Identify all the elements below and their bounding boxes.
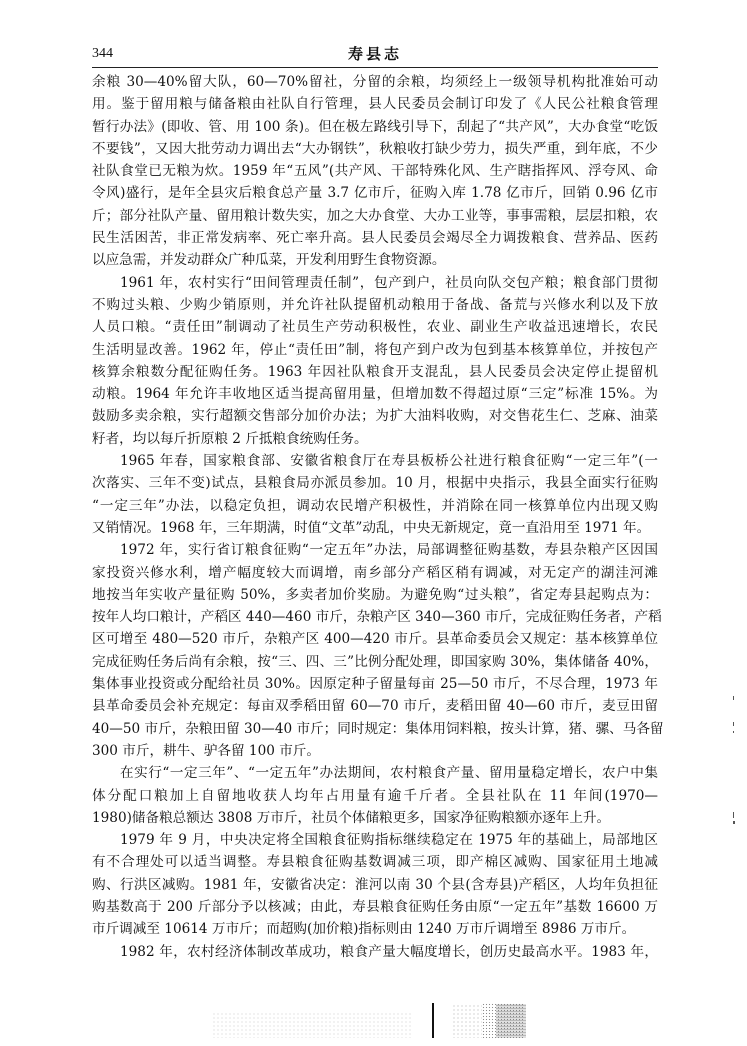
text-line: 完成征购任务后尚有余粮，按“三、四、三”比例分配处理，即国家购 30%，集体储备… (92, 651, 658, 673)
header-rule (92, 67, 658, 68)
text-line: 市斤调减至 10614 万市斤；而超购(加价粮)指标则由 1240 万市斤调增至… (92, 918, 658, 940)
text-line: 300 市斤，耕牛、驴各留 100 市斤。 (92, 740, 658, 762)
text-line: 又销情况。1968 年，三年期满，时值“文革”动乱，中央无新规定，竟一直沿用至 … (92, 517, 658, 539)
text-line: 生活明显改善。1962 年，停止“责任田”制，将包产到户改为包到基本核算单位，并… (92, 339, 658, 361)
text-line: 1980)储备粮总额达 3808 万市斤，社员个体储粮更多，国家净征购粮额亦逐年… (92, 807, 658, 829)
text-line: 地按当年实收产量征购 50%，多卖者加价奖励。为避免购“过头粮”，省定寿县起购点… (92, 584, 658, 606)
text-line: 以应急需，并发动群众广种瓜菜，开发利用野生食物资源。 (92, 249, 658, 271)
paragraph-start: 1961 年，农村实行“田间管理责任制”，包产到户，社员向队交包产粮；粮食部门贯… (92, 272, 658, 294)
edge-mark (733, 812, 734, 818)
text-line: 民生活困苦，非正常发病率、死亡率升高。县人民委员会竭尽全力调拨粮食、营养品、医药 (92, 227, 658, 249)
running-title: 寿县志 (92, 44, 658, 64)
text-line: 40—50 市斤，杂粮田留 30—40 市斤；同时规定：集体用饲料粮，按头计算，… (92, 718, 658, 740)
binding-mark (432, 1003, 434, 1038)
text-line: “一定三年”办法，以稳定负担，调动农民增产积极性，并消除在同一核算单位内出现又购 (92, 495, 658, 517)
text-line: 次落实、三年不变)试点，县粮食局亦派员参加。10 月，根据中央指示，我县全面实行… (92, 472, 658, 494)
paragraph-start: 1982 年，农村经济体制改革成功，粮食产量大幅度增长，创历史最高水平。1983… (92, 941, 658, 963)
text-line: 斤；部分社队产量、留用粮计数失实，加之大办食堂、大办工业等，事事需粮，层层扣粮，… (92, 205, 658, 227)
text-line: 购基数高于 200 斤部分予以核减；由此，寿县粮食征购任务由原“一定五年”基数 … (92, 896, 658, 918)
text-line: 暂行办法》(即收、管、用 100 条)。但在极左路线引导下，刮起了“共产风”，大… (92, 116, 658, 138)
text-line: 购、行洪区减购。1981 年，安徽省决定：淮河以南 30 个县(含寿县)产稻区，… (92, 874, 658, 896)
text-line: 社队食堂已无粮为炊。1959 年“五风”(共产风、干部特殊化风、生产瞎指挥风、浮… (92, 160, 658, 182)
edge-mark (733, 731, 734, 733)
text-line: 不要钱”，又因大批劳动力调出去“大办钢铁”，秋粮收打缺少劳力，损失严重，到年底，… (92, 138, 658, 160)
text-line: 余粮 30—40%留大队，60—70%留社，分留的余粮，均须经上一级领导机构批准… (92, 71, 658, 93)
text-line: 用。鉴于留用粮与储备粮由社队自行管理，县人民委员会制订印发了《人民公社粮食管理 (92, 93, 658, 115)
text-line: 县革命委员会补充规定：每亩双季稻田留 60—70 市斤，麦稻田留 40—60 市… (92, 695, 658, 717)
text-line: 体分配口粮加上自留地收获人均年占用量有逾千斤者。全县社队在 11 年间(1970… (92, 785, 658, 807)
scan-noise (496, 1004, 526, 1038)
text-line: 令风)盛行，是年全县灾后粮食总产量 3.7 亿市斤，征购入库 1.78 亿市斤，… (92, 182, 658, 204)
paragraph-start: 1965 年春，国家粮食部、安徽省粮食厅在寿县板桥公社进行粮食征购“一定三年”(… (92, 450, 658, 472)
text-line: 鼓励多卖余粮，实行超额交售部分加价办法；为扩大油料收购，对交售花生仁、芝麻、油菜 (92, 405, 658, 427)
scan-noise (212, 1012, 412, 1038)
body-text: 余粮 30—40%留大队，60—70%留社，分留的余粮，均须经上一级领导机构批准… (92, 71, 658, 963)
paragraph-start: 1979 年 9 月，中央决定将全国粮食征购指标继续稳定在 1975 年的基础上… (92, 829, 658, 851)
text-line: 核算余粮数分配征购任务。1963 年因社队粮食开支混乱，县人民委员会决定停止提留… (92, 361, 658, 383)
text-line: 籽者，均以每斤折原粮 2 斤抵粮食统购任务。 (92, 428, 658, 450)
paragraph-start: 1972 年，实行省订粮食征购“一定五年”办法，局部调整征购基数，寿县杂粮产区因… (92, 539, 658, 561)
text-line: 不购过头粮、少购少销原则，并允许社队提留机动粮用于备战、备荒与兴修水利以及下放 (92, 294, 658, 316)
text-line: 按年人均口粮计，产稻区 440—460 市斤，杂粮产区 340—360 市斤，完… (92, 606, 658, 628)
paragraph-start: 在实行“一定三年”、“一定五年”办法期间，农村粮食产量、留用量稳定增长，农户中集 (92, 762, 658, 784)
text-line: 人员口粮。“责任田”制调动了社员生产劳动积极性，农业、副业生产收益迅速增长，农民 (92, 316, 658, 338)
text-line: 集体事业投资或分配给社员 30%。因原定种子留量每亩 25—50 市斤，不尽合理… (92, 673, 658, 695)
scan-noise (482, 1003, 524, 1038)
edge-mark (733, 722, 734, 726)
text-line: 有不合理处可以适当调整。寿县粮食征购基数调减三项，即产棉区减购、国家征用土地减 (92, 851, 658, 873)
text-line: 家投资兴修水利，增产幅度较大而调增，南乡部分产稻区稍有调减，对无定产的湖洼河滩 (92, 562, 658, 584)
text-line: 动粮。1964 年允许丰收地区适当提高留用量，但增加数不得超过原“三定”标准 1… (92, 383, 658, 405)
text-line: 区可增至 480—520 市斤，杂粮产区 400—420 市斤。县革命委员会又规… (92, 628, 658, 650)
page-header: 344 寿县志 (92, 44, 658, 66)
edge-mark (733, 696, 734, 700)
edge-mark (733, 821, 735, 824)
scan-noise (452, 1004, 482, 1038)
